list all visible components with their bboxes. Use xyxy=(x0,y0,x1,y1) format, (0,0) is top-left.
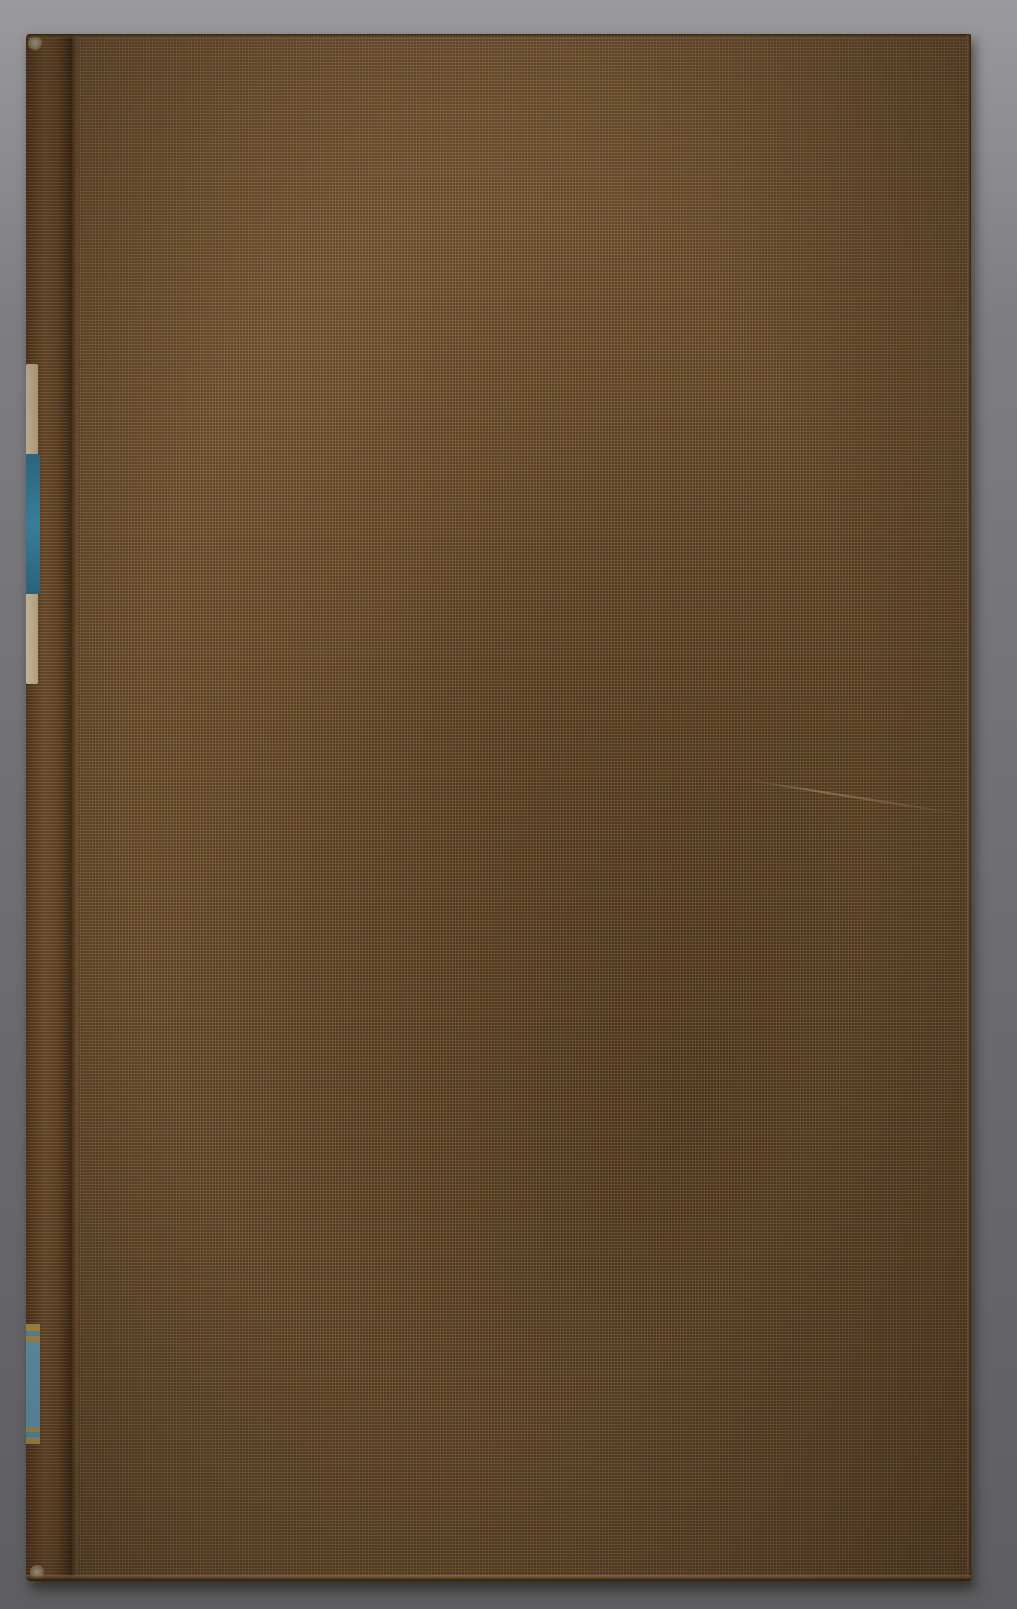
cover-bottom-edge xyxy=(26,1575,971,1581)
cover-vignette xyxy=(26,34,971,1581)
spine-label-bottom xyxy=(26,1324,40,1444)
book-cover xyxy=(26,34,971,1581)
cover-right-edge xyxy=(967,34,971,1581)
corner-wear-top-left xyxy=(28,36,42,50)
cover-crease xyxy=(746,779,971,817)
spine-label-top xyxy=(26,454,40,594)
cover-top-edge xyxy=(26,34,971,38)
spine-hinge xyxy=(70,34,78,1581)
scan-background xyxy=(0,0,1017,1609)
